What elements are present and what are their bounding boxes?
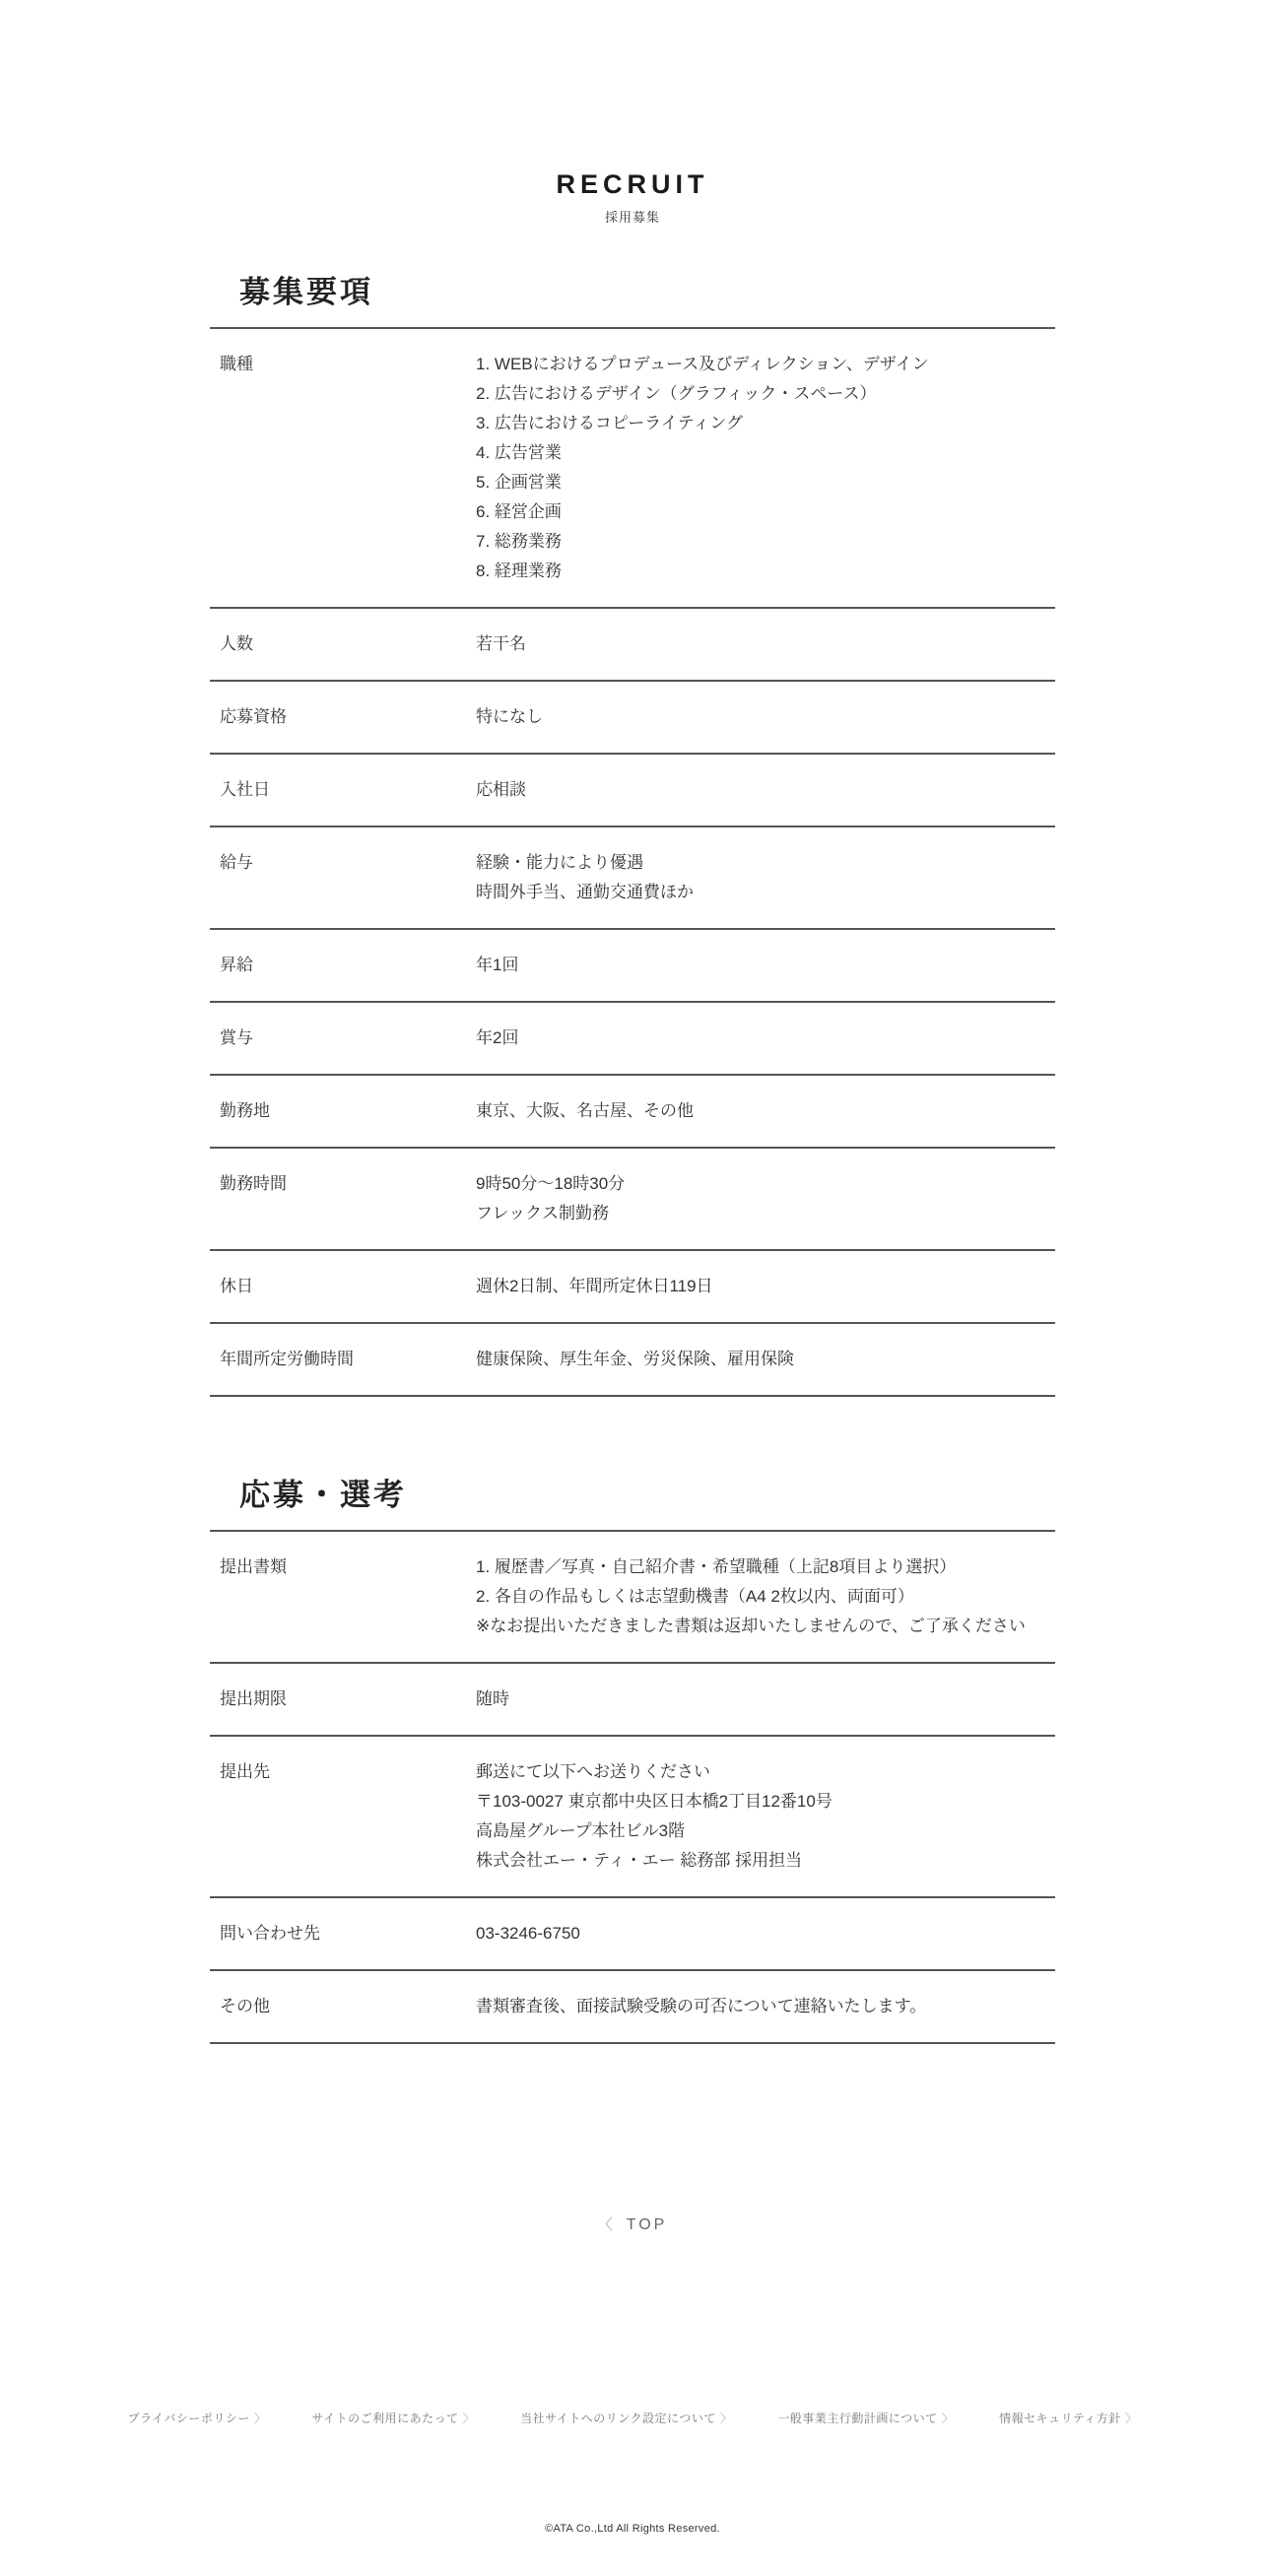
row-value-line: 週休2日制、年間所定休日119日 <box>476 1272 713 1301</box>
row-label: 人数 <box>210 629 476 659</box>
section-requirements: 募集要項職種1. WEBにおけるプロデュース及びディレクション、デザイン2. 広… <box>210 267 1055 1397</box>
row-value-line: 高島屋グループ本社ビル3階 <box>476 1816 832 1846</box>
row-value: 経験・能力により優遇時間外手当、通勤交通費ほか <box>476 848 694 907</box>
row-value-line: 特になし <box>476 702 543 732</box>
row-value-line: 健康保険、厚生年金、労災保険、雇用保険 <box>476 1345 794 1374</box>
row-value-line: 書類審査後、面接試験受験の可否について連絡いたします。 <box>476 1992 926 2021</box>
copyright: ©ATA Co.,Ltd All Rights Reserved. <box>0 2523 1265 2576</box>
row-value-line: ※なお提出いただきました書類は返却いたしませんので、ご了承ください <box>476 1612 1026 1641</box>
footer-link-label: プライバシーポリシー <box>128 2411 250 2425</box>
rows-table: 職種1. WEBにおけるプロデュース及びディレクション、デザイン2. 広告におけ… <box>210 327 1055 1397</box>
row-value-line: 随時 <box>476 1684 509 1714</box>
row-value: 9時50分～18時30分フレックス制勤務 <box>476 1169 625 1228</box>
row-value-line: 3. 広告におけるコピーライティング <box>476 409 929 438</box>
table-row: 職種1. WEBにおけるプロデュース及びディレクション、デザイン2. 広告におけ… <box>210 327 1055 607</box>
table-row: 応募資格特になし <box>210 680 1055 753</box>
row-value-line: 03-3246-6750 <box>476 1919 580 1949</box>
table-row: 賞与年2回 <box>210 1001 1055 1074</box>
footer-link[interactable]: 一般事業主行動計画について〉 <box>777 2410 954 2426</box>
row-value-line: 5. 企画営業 <box>476 468 929 497</box>
chevron-right-icon: 〉 <box>463 2411 476 2425</box>
row-label: 勤務時間 <box>210 1169 476 1228</box>
table-row: 勤務時間9時50分～18時30分フレックス制勤務 <box>210 1147 1055 1249</box>
table-row: 休日週休2日制、年間所定休日119日 <box>210 1249 1055 1322</box>
row-value-line: 応相談 <box>476 775 526 805</box>
row-value: 応相談 <box>476 775 526 805</box>
row-value-line: 2. 各自の作品もしくは志望動機書（A4 2枚以内、両面可） <box>476 1582 1026 1612</box>
row-value: 健康保険、厚生年金、労災保険、雇用保険 <box>476 1345 794 1374</box>
chevron-left-icon: 〈 <box>598 2216 613 2233</box>
back-to-top-link[interactable]: 〈TOP <box>598 2213 668 2234</box>
row-value-line: 2. 広告におけるデザイン（グラフィック・スペース） <box>476 379 929 409</box>
row-label: 休日 <box>210 1272 476 1301</box>
footer-link-label: 一般事業主行動計画について <box>777 2411 937 2425</box>
footer-link-label: 情報セキュリティ方針 <box>999 2411 1121 2425</box>
table-row: 提出先郵送にて以下へお送りください〒103-0027 東京都中央区日本橋2丁目1… <box>210 1735 1055 1896</box>
back-to-top-label: TOP <box>627 2216 668 2233</box>
chevron-right-icon: 〉 <box>720 2411 733 2425</box>
table-row: 昇給年1回 <box>210 928 1055 1001</box>
row-value-line: 東京、大阪、名古屋、その他 <box>476 1096 694 1126</box>
row-label: 勤務地 <box>210 1096 476 1126</box>
row-value-line: 1. WEBにおけるプロデュース及びディレクション、デザイン <box>476 350 929 379</box>
row-value: 書類審査後、面接試験受験の可否について連絡いたします。 <box>476 1992 926 2021</box>
row-value: 随時 <box>476 1684 509 1714</box>
row-value-line: 8. 経理業務 <box>476 557 929 586</box>
content: 募集要項職種1. WEBにおけるプロデュース及びディレクション、デザイン2. 広… <box>210 267 1055 2044</box>
row-value: 03-3246-6750 <box>476 1919 580 1949</box>
row-value-line: 6. 経営企画 <box>476 497 929 527</box>
row-value: 週休2日制、年間所定休日119日 <box>476 1272 713 1301</box>
row-value-line: 1. 履歴書／写真・自己紹介書・希望職種（上記8項目より選択） <box>476 1552 1026 1582</box>
chevron-right-icon: 〉 <box>1125 2411 1138 2425</box>
top-link-wrap: 〈TOP <box>0 2213 1265 2234</box>
row-value: 東京、大阪、名古屋、その他 <box>476 1096 694 1126</box>
row-value-line: 経験・能力により優遇 <box>476 848 694 878</box>
page-title: RECRUIT <box>0 169 1265 200</box>
rows-table: 提出書類1. 履歴書／写真・自己紹介書・希望職種（上記8項目より選択）2. 各自… <box>210 1530 1055 2044</box>
row-value: 郵送にて以下へお送りください〒103-0027 東京都中央区日本橋2丁目12番1… <box>476 1757 832 1876</box>
row-label: 提出書類 <box>210 1552 476 1641</box>
row-label: 入社日 <box>210 775 476 805</box>
row-label: 年間所定労働時間 <box>210 1345 476 1374</box>
table-row: 年間所定労働時間健康保険、厚生年金、労災保険、雇用保険 <box>210 1322 1055 1395</box>
row-value-line: 時間外手当、通勤交通費ほか <box>476 878 694 907</box>
row-value-line: 郵送にて以下へお送りください <box>476 1757 832 1787</box>
row-value: 年2回 <box>476 1024 518 1053</box>
page-header: RECRUIT 採用募集 <box>0 0 1265 226</box>
row-label: 賞与 <box>210 1024 476 1053</box>
row-label: 問い合わせ先 <box>210 1919 476 1949</box>
row-value: 1. WEBにおけるプロデュース及びディレクション、デザイン2. 広告におけるデ… <box>476 350 929 586</box>
footer-links: プライバシーポリシー〉サイトのご利用にあたって〉当社サイトへのリンク設定について… <box>0 2410 1265 2426</box>
row-label: 昇給 <box>210 951 476 980</box>
row-value: 1. 履歴書／写真・自己紹介書・希望職種（上記8項目より選択）2. 各自の作品も… <box>476 1552 1026 1641</box>
footer: プライバシーポリシー〉サイトのご利用にあたって〉当社サイトへのリンク設定について… <box>0 2410 1265 2576</box>
row-value: 年1回 <box>476 951 518 980</box>
table-row: 提出書類1. 履歴書／写真・自己紹介書・希望職種（上記8項目より選択）2. 各自… <box>210 1530 1055 1662</box>
row-label: 提出先 <box>210 1757 476 1876</box>
row-value-line: 9時50分～18時30分 <box>476 1169 625 1199</box>
footer-link-label: 当社サイトへのリンク設定について <box>520 2411 716 2425</box>
footer-link[interactable]: 当社サイトへのリンク設定について〉 <box>520 2410 732 2426</box>
row-value: 特になし <box>476 702 543 732</box>
row-value-line: 〒103-0027 東京都中央区日本橋2丁目12番10号 <box>476 1787 832 1816</box>
row-value: 若干名 <box>476 629 526 659</box>
chevron-right-icon: 〉 <box>942 2411 955 2425</box>
section-heading: 応募・選考 <box>239 1470 1055 1514</box>
row-label: 給与 <box>210 848 476 907</box>
footer-link-label: サイトのご利用にあたって <box>311 2411 458 2425</box>
row-value-line: 7. 総務業務 <box>476 527 929 557</box>
footer-link[interactable]: 情報セキュリティ方針〉 <box>999 2410 1137 2426</box>
row-value-line: 年2回 <box>476 1024 518 1053</box>
row-value-line: 若干名 <box>476 629 526 659</box>
row-value-line: フレックス制勤務 <box>476 1199 625 1228</box>
footer-link[interactable]: サイトのご利用にあたって〉 <box>311 2410 475 2426</box>
table-row: 勤務地東京、大阪、名古屋、その他 <box>210 1074 1055 1147</box>
row-value-line: 年1回 <box>476 951 518 980</box>
table-row: 人数若干名 <box>210 607 1055 680</box>
table-row: 給与経験・能力により優遇時間外手当、通勤交通費ほか <box>210 826 1055 928</box>
chevron-right-icon: 〉 <box>254 2411 267 2425</box>
table-row: 問い合わせ先03-3246-6750 <box>210 1896 1055 1969</box>
row-label: その他 <box>210 1992 476 2021</box>
row-label: 提出期限 <box>210 1684 476 1714</box>
section-heading: 募集要項 <box>239 267 1055 311</box>
row-value-line: 4. 広告営業 <box>476 438 929 468</box>
table-row: 入社日応相談 <box>210 753 1055 826</box>
footer-link[interactable]: プライバシーポリシー〉 <box>128 2410 267 2426</box>
row-value-line: 株式会社エー・ティ・エー 総務部 採用担当 <box>476 1846 832 1876</box>
row-label: 職種 <box>210 350 476 586</box>
page-subtitle: 採用募集 <box>0 207 1265 226</box>
table-row: その他書類審査後、面接試験受験の可否について連絡いたします。 <box>210 1969 1055 2042</box>
section-application: 応募・選考提出書類1. 履歴書／写真・自己紹介書・希望職種（上記8項目より選択）… <box>210 1470 1055 2044</box>
row-label: 応募資格 <box>210 702 476 732</box>
table-row: 提出期限随時 <box>210 1662 1055 1735</box>
